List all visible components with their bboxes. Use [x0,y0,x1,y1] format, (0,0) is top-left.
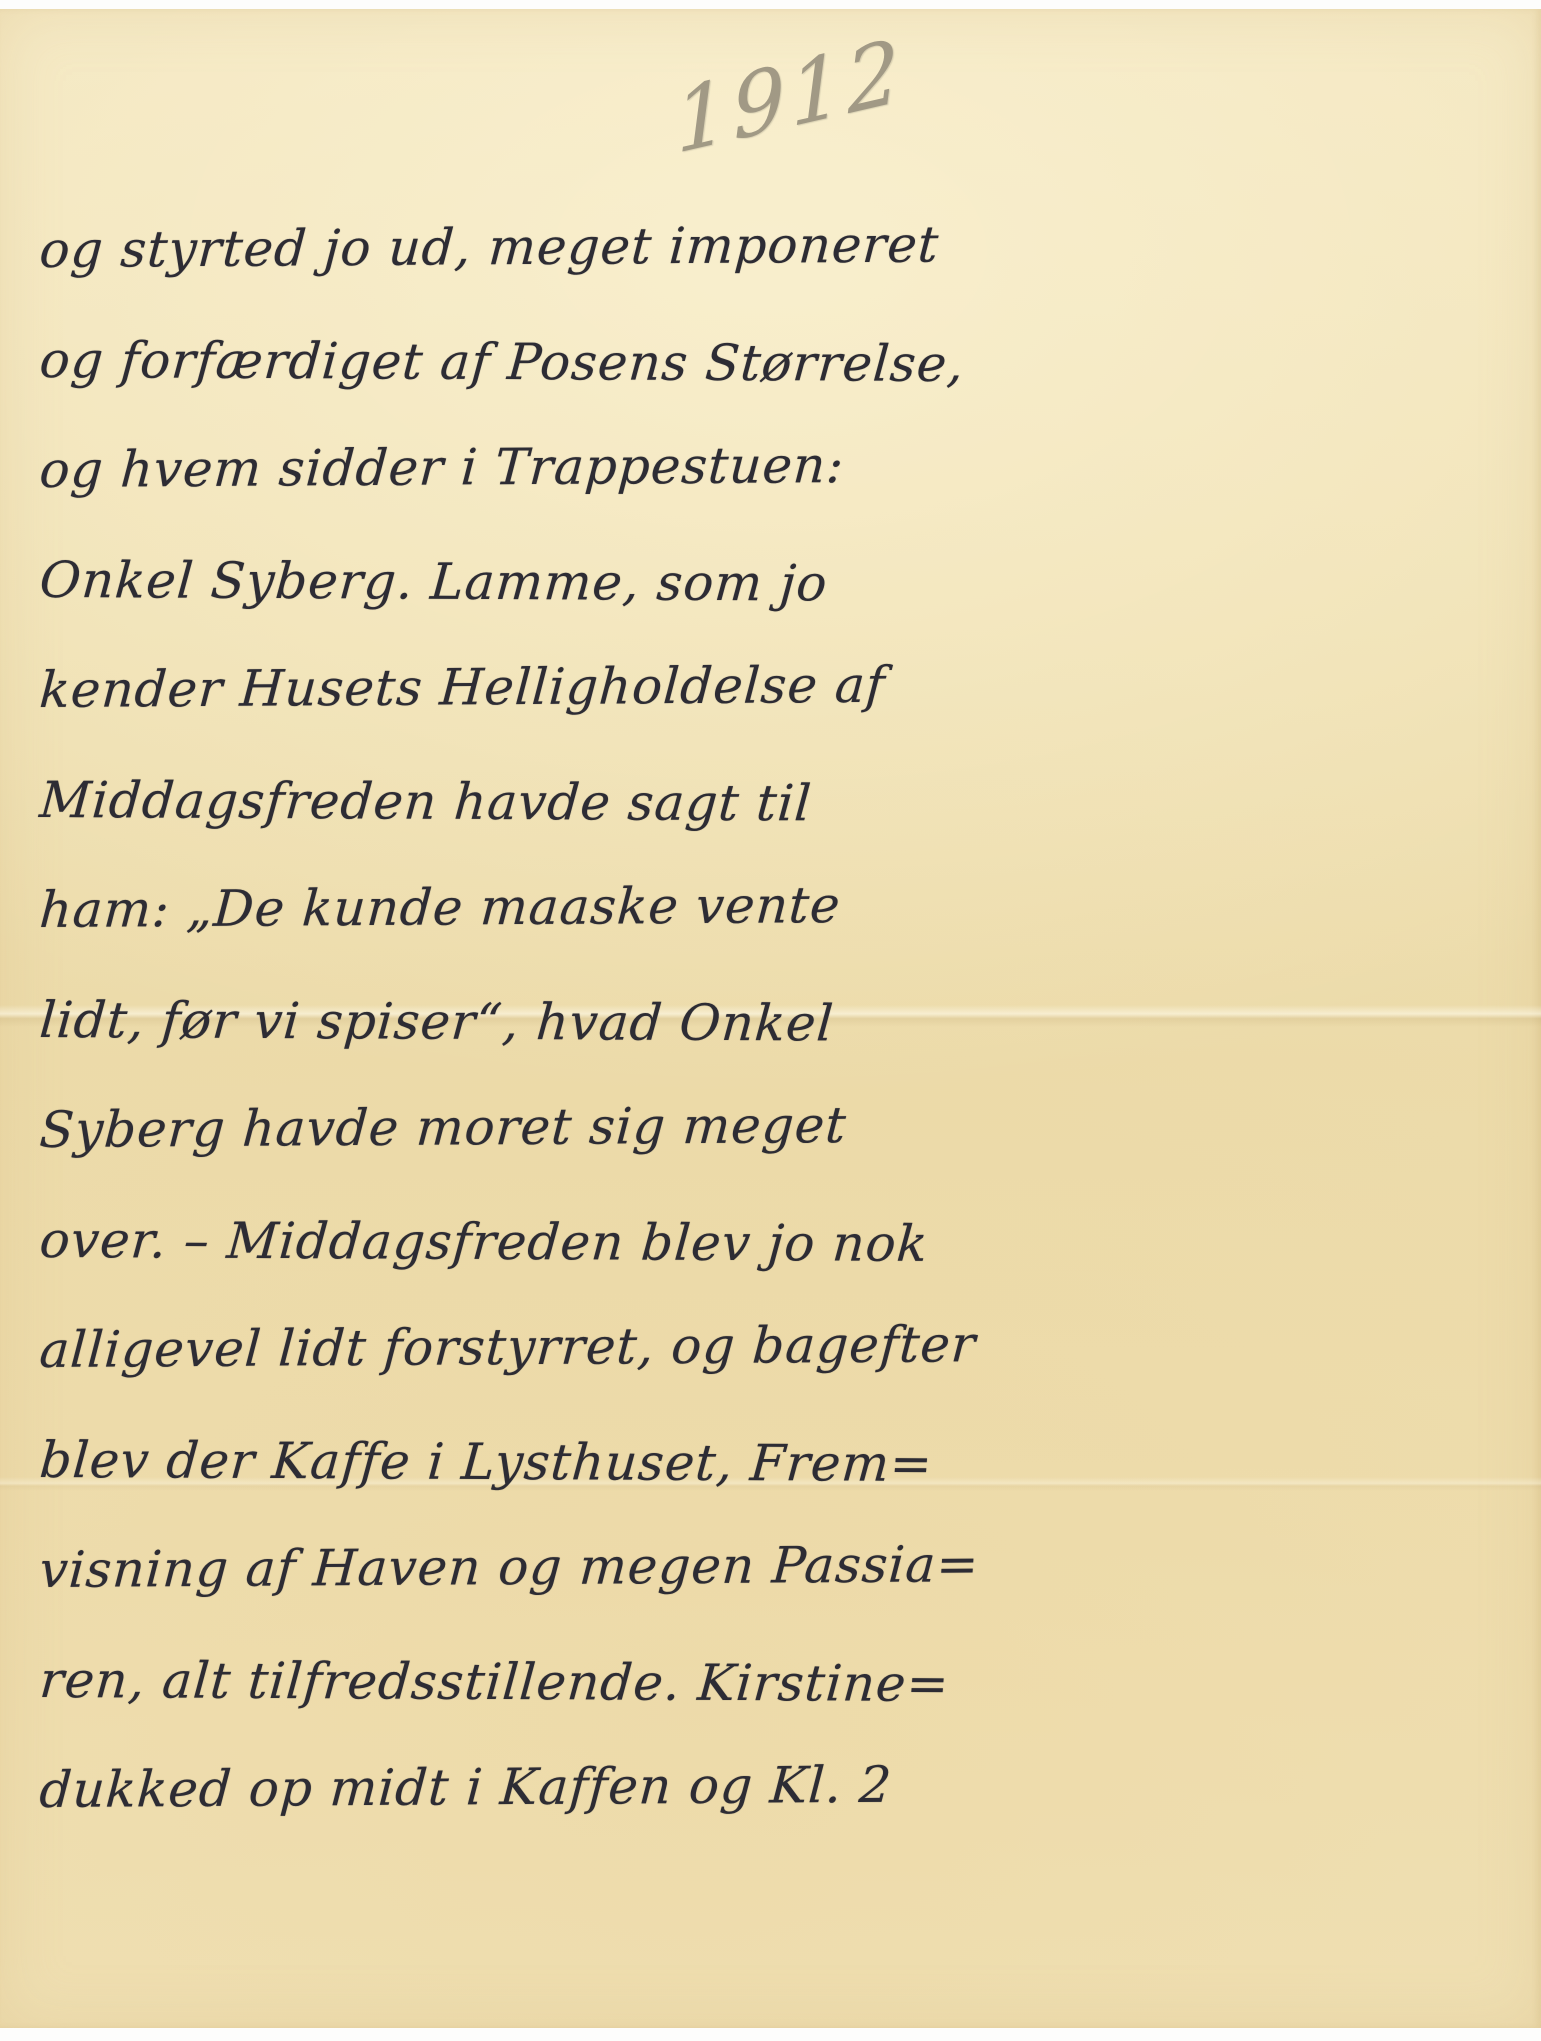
handwriting-line: og hvem sidder i Trappestuen: [34,434,1191,551]
handwriting-line: lidt, før vi spiser“, hvad Onkel [34,991,1192,1106]
handwriting-line: Middagsfreden havde sagt til [34,771,1192,886]
handwriting-line: alligevel lidt forstyrret, og bagefter [34,1314,1191,1431]
letter-paper: 1912 og styrted jo ud, meget imponeret o… [0,9,1541,2028]
scanned-letter: 1912 og styrted jo ud, meget imponeret o… [0,0,1541,2041]
handwriting-line: blev der Kaffe i Lysthuset, Frem= [34,1431,1192,1546]
handwriting-line: ham: „De kunde maaske vente [34,874,1191,991]
handwriting-line: ren, alt tilfredsstillende. Kirstine= [34,1651,1192,1766]
handwriting-line: og styrted jo ud, meget imponeret [34,214,1191,331]
handwriting-line: over. – Middagsfreden blev jo nok [34,1211,1192,1326]
handwriting-line: Syberg havde moret sig meget [34,1094,1191,1211]
handwriting-line: kender Husets Helligholdelse af [34,654,1191,771]
handwriting-line: visning af Haven og megen Passia= [34,1534,1191,1651]
pencil-year-annotation: 1912 [672,20,906,174]
handwriting-line: dukked op midt i Kaffen og Kl. 2 [34,1754,1191,1871]
handwriting-line: Onkel Syberg. Lamme, som jo [34,551,1192,666]
handwritten-text-block: og styrted jo ud, meget imponeret og for… [38,221,1188,1871]
handwriting-line: og forfærdiget af Posens Størrelse, [34,331,1192,446]
